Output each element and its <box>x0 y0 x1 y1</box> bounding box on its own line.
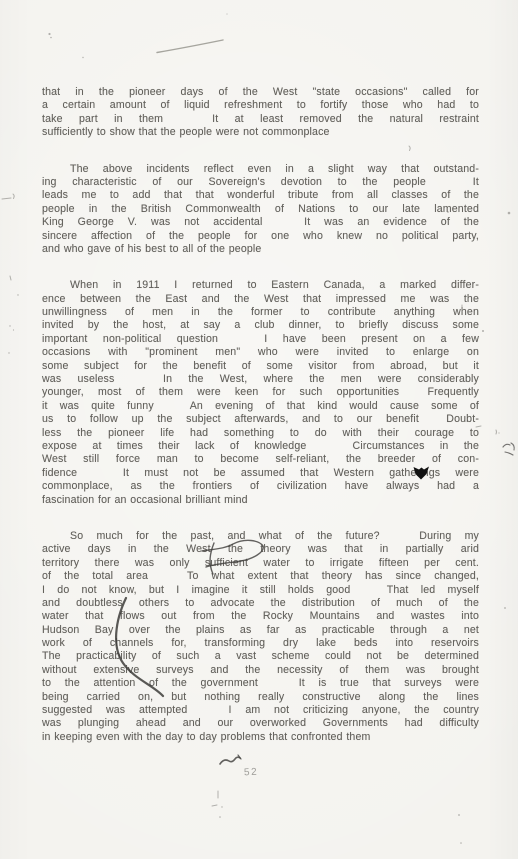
paragraph-4: So much for the past, and what of the fu… <box>42 530 479 744</box>
text-line: being carried on, but nothing really con… <box>42 691 479 704</box>
text-line: fidence It must not be assumed that West… <box>42 467 479 480</box>
text-line: The practicability of such a vast scheme… <box>42 650 479 663</box>
text-line: ence between the East and the West that … <box>42 293 479 306</box>
text-line: West still force man to become self-reli… <box>42 453 479 466</box>
text-line: sufficiently to show that the people wer… <box>42 126 479 139</box>
text-line: to the attention of the government It is… <box>42 677 479 690</box>
text-line: leads me to add that that wonderful trib… <box>42 189 479 202</box>
text-line: expose at times their lack of knowledge … <box>42 440 479 453</box>
text-line: When in 1911 I returned to Eastern Canad… <box>42 279 479 292</box>
text-line: and doubtless others to advocate the dis… <box>42 597 479 610</box>
pencil-line-top <box>157 40 223 53</box>
text-line: in keeping even with the day to day prob… <box>42 731 479 744</box>
text-line: So much for the past, and what of the fu… <box>42 530 479 543</box>
text-line: people in the British Commonwealth of Na… <box>42 203 479 216</box>
text-line: The above incidents reflect even in a sl… <box>42 163 479 176</box>
text-line: was plunging ahead and our overworked Go… <box>42 717 479 730</box>
text-line: ing characteristic of our Sovereign's de… <box>42 176 479 189</box>
page-text: that in the pioneer days of the West "st… <box>42 86 479 767</box>
text-line: some subject for the benefit of some vis… <box>42 360 479 373</box>
text-line: work of channels for, transforming dry l… <box>42 637 479 650</box>
text-line: suggested was attempted I am not critici… <box>42 704 479 717</box>
text-line: take part in them It at least removed th… <box>42 113 479 126</box>
text-line: a certain amount of liquid refreshment t… <box>42 99 479 112</box>
text-line: of the total area To what extent that th… <box>42 570 479 583</box>
text-line: and who gave of his best to all of the p… <box>42 243 479 256</box>
text-line: less the pioneer life had something to d… <box>42 427 479 440</box>
text-line: important non-political question I have … <box>42 333 479 346</box>
text-line: sincere affection of the people for one … <box>42 230 479 243</box>
text-line: Hudson Bay over the plains as far as pra… <box>42 624 479 637</box>
paragraph-2: The above incidents reflect even in a sl… <box>42 163 479 257</box>
scanned-document-page: that in the pioneer days of the West "st… <box>0 0 518 859</box>
text-line: it was quite funny An evening of that ki… <box>42 400 479 413</box>
text-line: invited by the host, at say a club dinne… <box>42 319 479 332</box>
text-line: without extensive surveys and the necess… <box>42 664 479 677</box>
text-line: King George V. was not accidental It was… <box>42 216 479 229</box>
text-line: younger, most of them were keen for such… <box>42 386 479 399</box>
page-number: 52 <box>244 767 259 779</box>
text-line: territory there was only sufficient wate… <box>42 557 479 570</box>
text-line: fascination for an occasional brilliant … <box>42 494 479 507</box>
text-line: that in the pioneer days of the West "st… <box>42 86 479 99</box>
text-line: unwillingness of men in the former to co… <box>42 306 479 319</box>
text-line: occasions with "prominent men" who were … <box>42 346 479 359</box>
text-line: commonplace, as the frontiers of civiliz… <box>42 480 479 493</box>
text-line: I do not know, but I imagine it still ho… <box>42 584 479 597</box>
text-line: was useless In the West, where the men w… <box>42 373 479 386</box>
paragraph-1: that in the pioneer days of the West "st… <box>42 86 479 140</box>
margin-scribble-right <box>503 443 514 455</box>
text-line: active days in the West the theory was t… <box>42 543 479 556</box>
text-line: us to follow up the subject afterwards, … <box>42 413 479 426</box>
text-line: water that flows out from the Rocky Moun… <box>42 610 479 623</box>
paragraph-3: When in 1911 I returned to Eastern Canad… <box>42 279 479 507</box>
